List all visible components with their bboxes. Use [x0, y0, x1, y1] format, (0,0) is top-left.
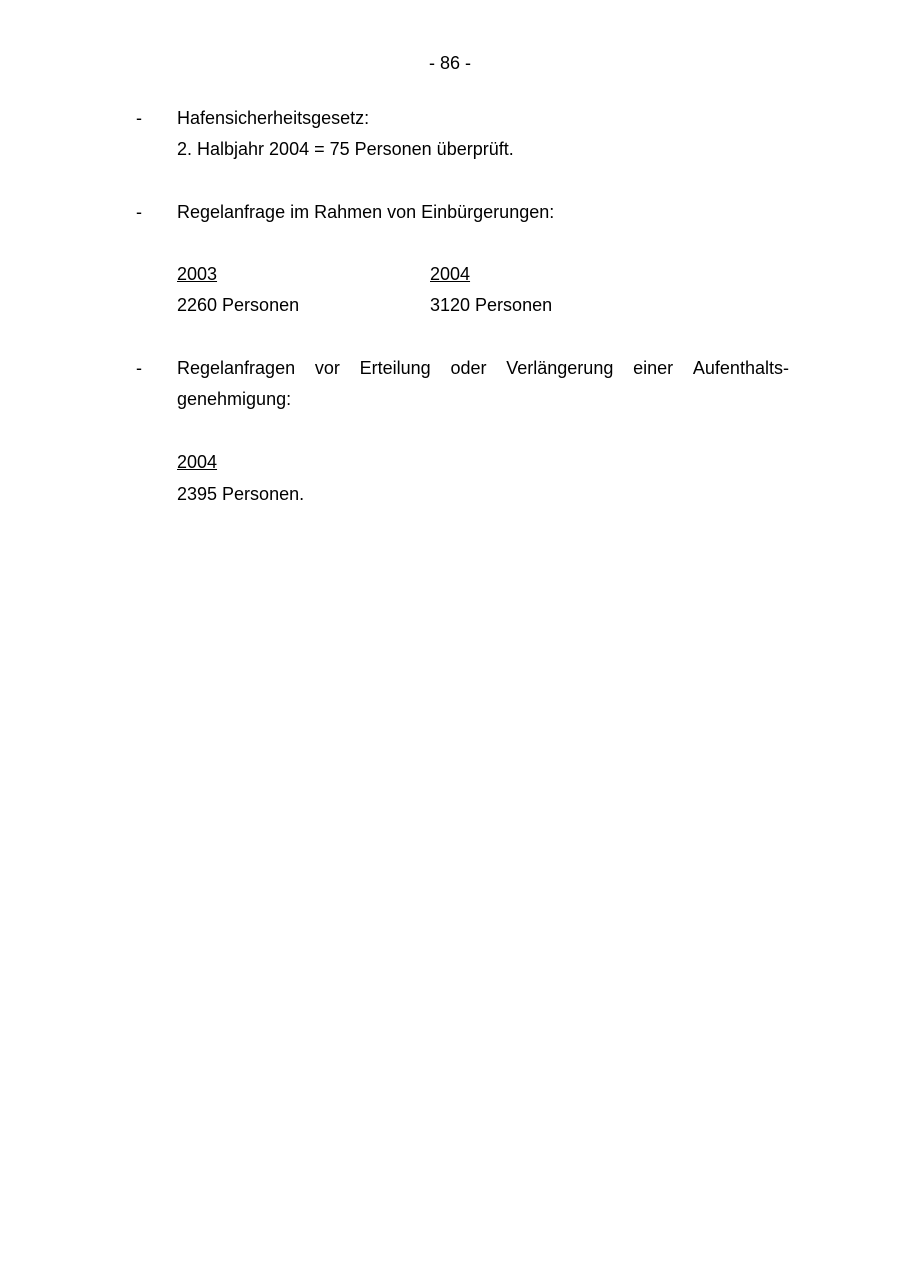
year-2004-header: 2004 [430, 263, 470, 285]
section-title: Hafensicherheitsgesetz: [177, 107, 369, 129]
title-word: Erteilung [360, 357, 431, 379]
year-2004-header: 2004 [177, 451, 217, 473]
title-word: oder [450, 357, 486, 379]
bullet-dash: - [136, 357, 142, 379]
year-2004-value: 2395 Personen. [177, 483, 304, 505]
year-2004-value: 3120 Personen [430, 294, 552, 316]
bullet-dash: - [136, 107, 142, 129]
year-2003-value: 2260 Personen [177, 294, 299, 316]
page-number: - 86 - [0, 52, 900, 74]
title-word: Verlängerung [506, 357, 613, 379]
year-2003-header: 2003 [177, 263, 217, 285]
section-title: Regelanfrage im Rahmen von Einbürgerunge… [177, 201, 554, 223]
title-word: vor [315, 357, 340, 379]
title-word: einer [633, 357, 673, 379]
title-word: Aufenthalts- [693, 357, 789, 379]
section-title-justified: Regelanfragen vor Erteilung oder Verläng… [177, 357, 789, 379]
title-word: Regelanfragen [177, 357, 295, 379]
section-detail: 2. Halbjahr 2004 = 75 Personen überprüft… [177, 138, 514, 160]
section-title-continuation: genehmigung: [177, 388, 291, 410]
bullet-dash: - [136, 201, 142, 223]
